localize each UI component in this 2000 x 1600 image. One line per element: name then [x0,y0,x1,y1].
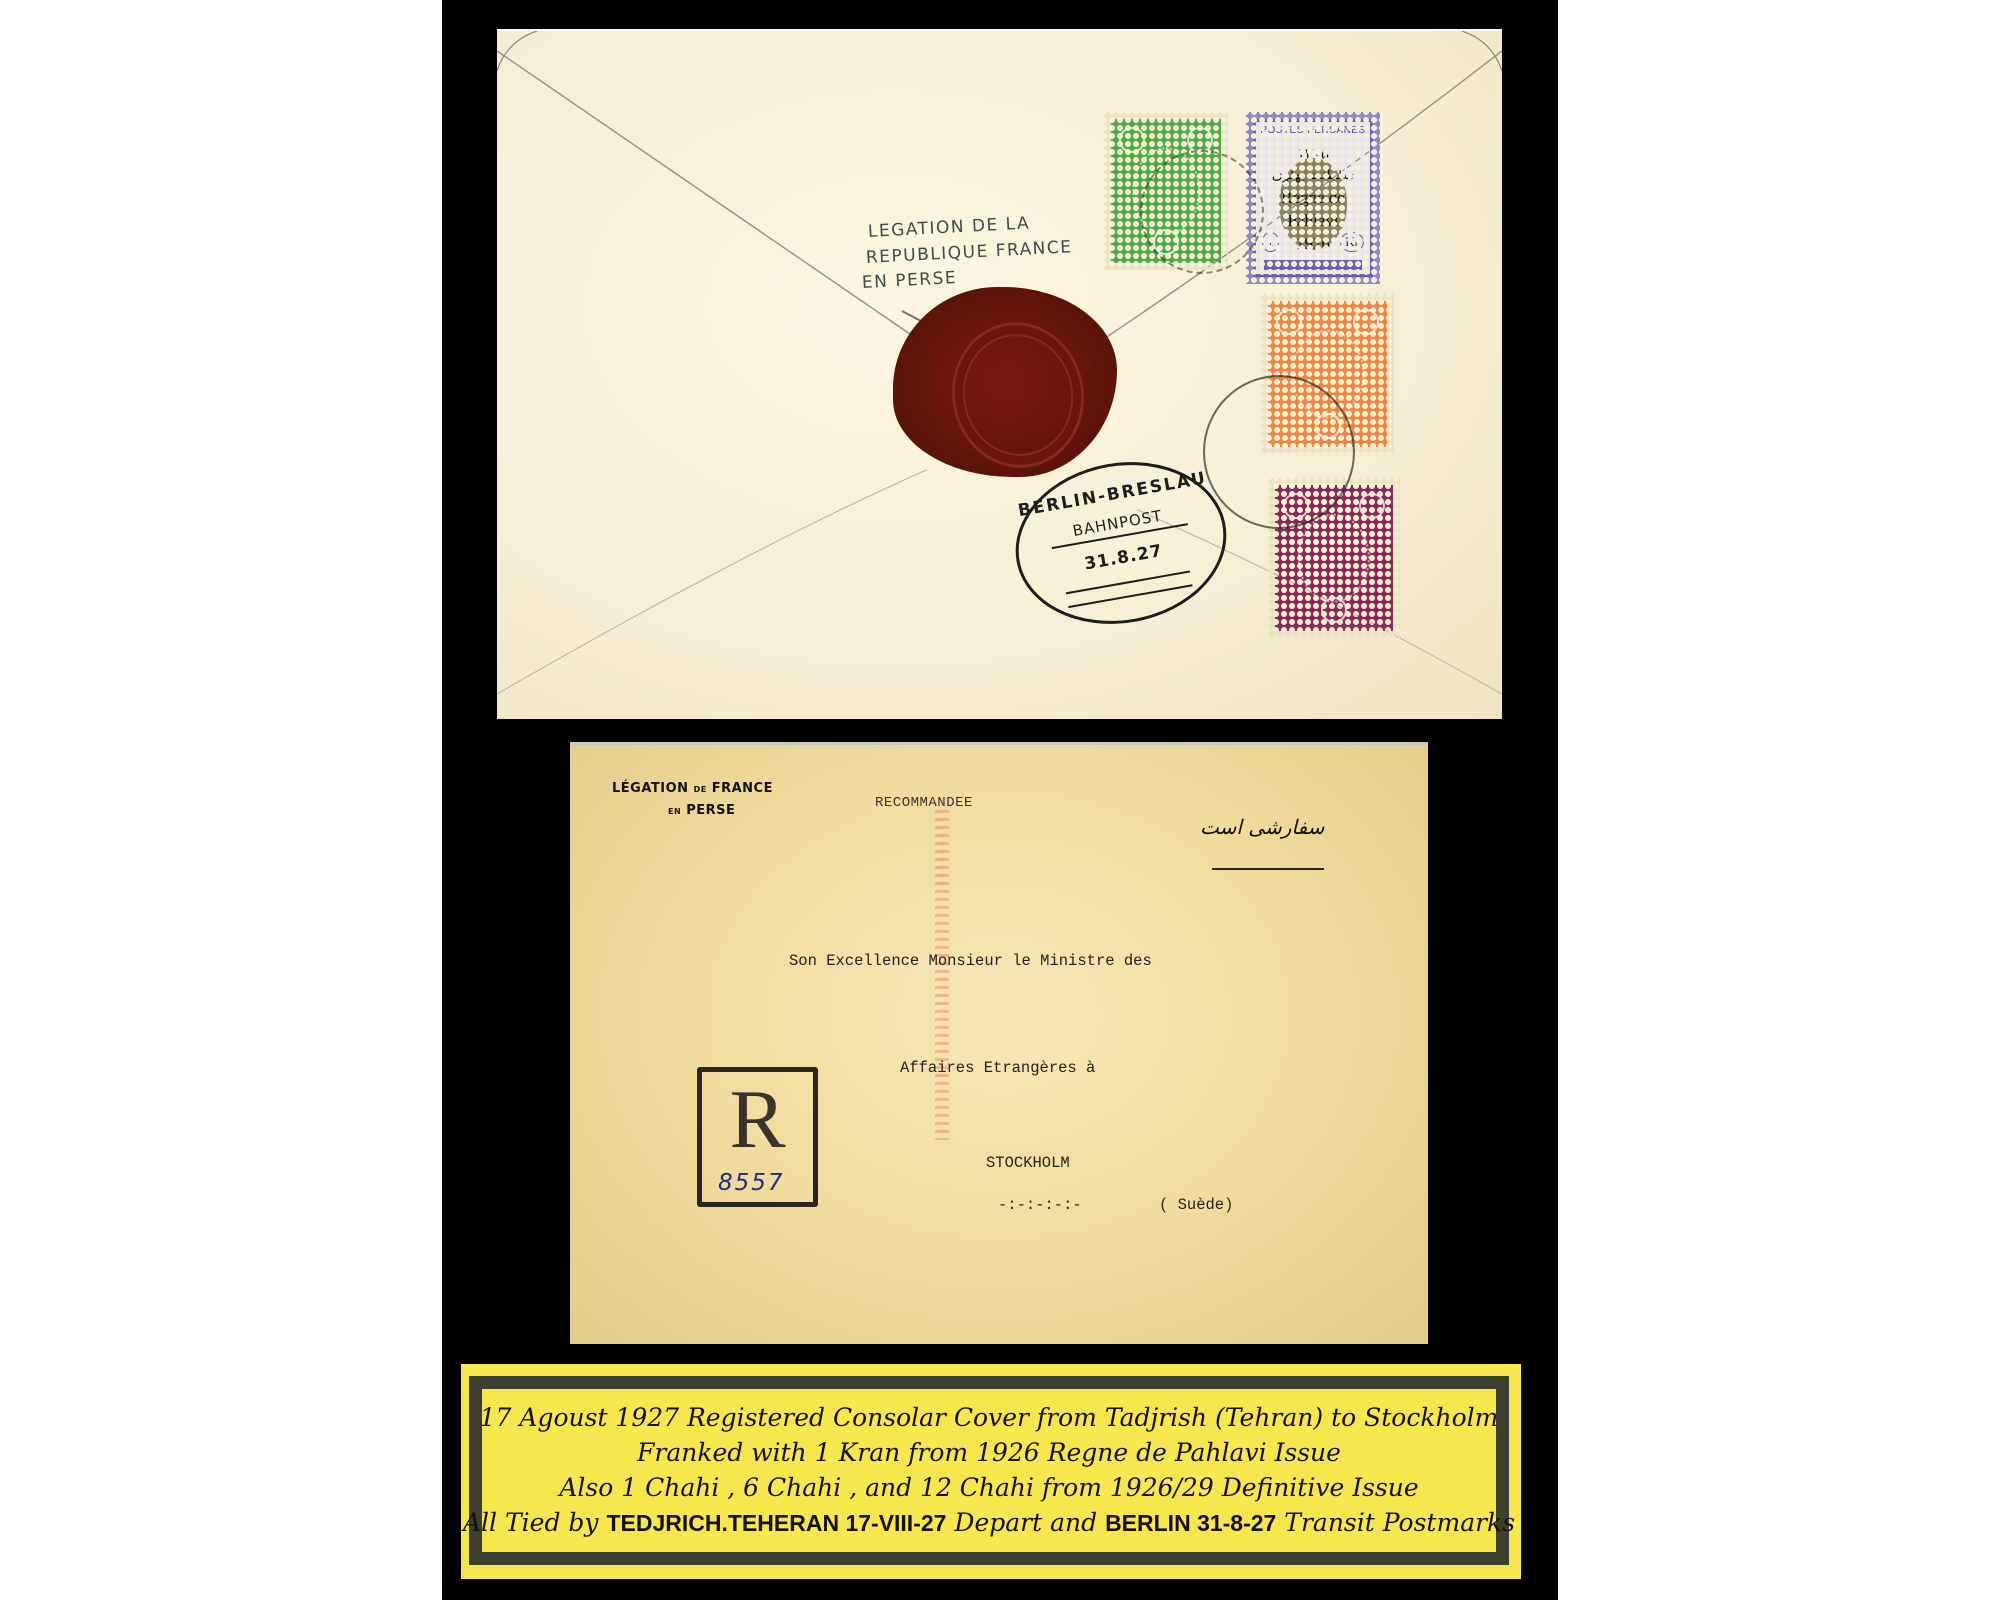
registration-letter: R [702,1078,813,1162]
stamp-header: POSTES PERSANES [1260,125,1365,136]
caption-line-1: 17 Agoust 1927 Registered Consolar Cover… [480,1400,1499,1435]
value-tablet-icon [1276,309,1302,335]
address-line-1: Son Excellence Monsieur le Ministre des [789,952,1152,970]
value-tablet-icon [1353,309,1379,335]
caption-line-2: Franked with 1 Kran from 1926 Regne de P… [637,1435,1341,1470]
overprint-line2: Pahlavi [1288,212,1339,229]
postmark-bars [1066,570,1193,608]
letterhead-line-1: LÉGATION DE FRANCE [612,781,773,796]
letterhead-line-2: EN PERSE [668,803,735,818]
registration-label-box: R 8557 [697,1067,818,1207]
caption-panel: 17 Agoust 1927 Registered Consolar Cover… [461,1364,1521,1579]
stamp-value-right: Kr [1340,232,1364,252]
tehran-postmark-circle [1140,150,1264,274]
seal-emblem-icon [941,312,1096,479]
overprint-line1: Regne de [1281,189,1345,206]
value-tablet-icon [1119,127,1145,153]
value-tablet-icon [1359,493,1385,519]
red-crayon-mark [935,810,949,1140]
handwritten-underline [1212,868,1324,870]
shah-portrait-icon [1298,514,1370,603]
overprint-year-persian: ۱۳۰۵ [1297,148,1329,163]
stamp-1-kran-regne-de-pahlavi: POSTES PERSANES ۱۳۰۵ سلطنت پهلوی Regne d… [1246,112,1380,284]
caption-line-3: Also 1 Chahi , 6 Chahi , and 12 Chahi fr… [559,1470,1418,1505]
registration-number: 8557 [718,1170,785,1196]
caption-line-4: All Tied by TEDJRICH.TEHERAN 17-VIII-27 … [463,1505,1515,1541]
address-line-2: Affaires Etrangères à [900,1059,1095,1077]
tehran-postmark-circle [1203,375,1355,529]
registered-label: RECOMMANDEE [875,795,973,811]
wax-seal [893,287,1117,477]
stamp-value-row: 1 Kr [1262,232,1364,252]
address-country: ( Suède) [1159,1196,1233,1214]
stamp-value-left: 1 [1262,232,1279,252]
address-city: STOCKHOLM [986,1154,1070,1172]
value-tablet-icon [1321,597,1347,623]
overprint-persian: سلطنت پهلوی [1272,169,1355,183]
stamp-footer-band [1264,260,1362,270]
address-separator: -:-:-:-:- [998,1196,1082,1214]
persian-registered-note: سفارشی است [1200,815,1324,839]
caption-border: 17 Agoust 1927 Registered Consolar Cover… [469,1376,1509,1565]
